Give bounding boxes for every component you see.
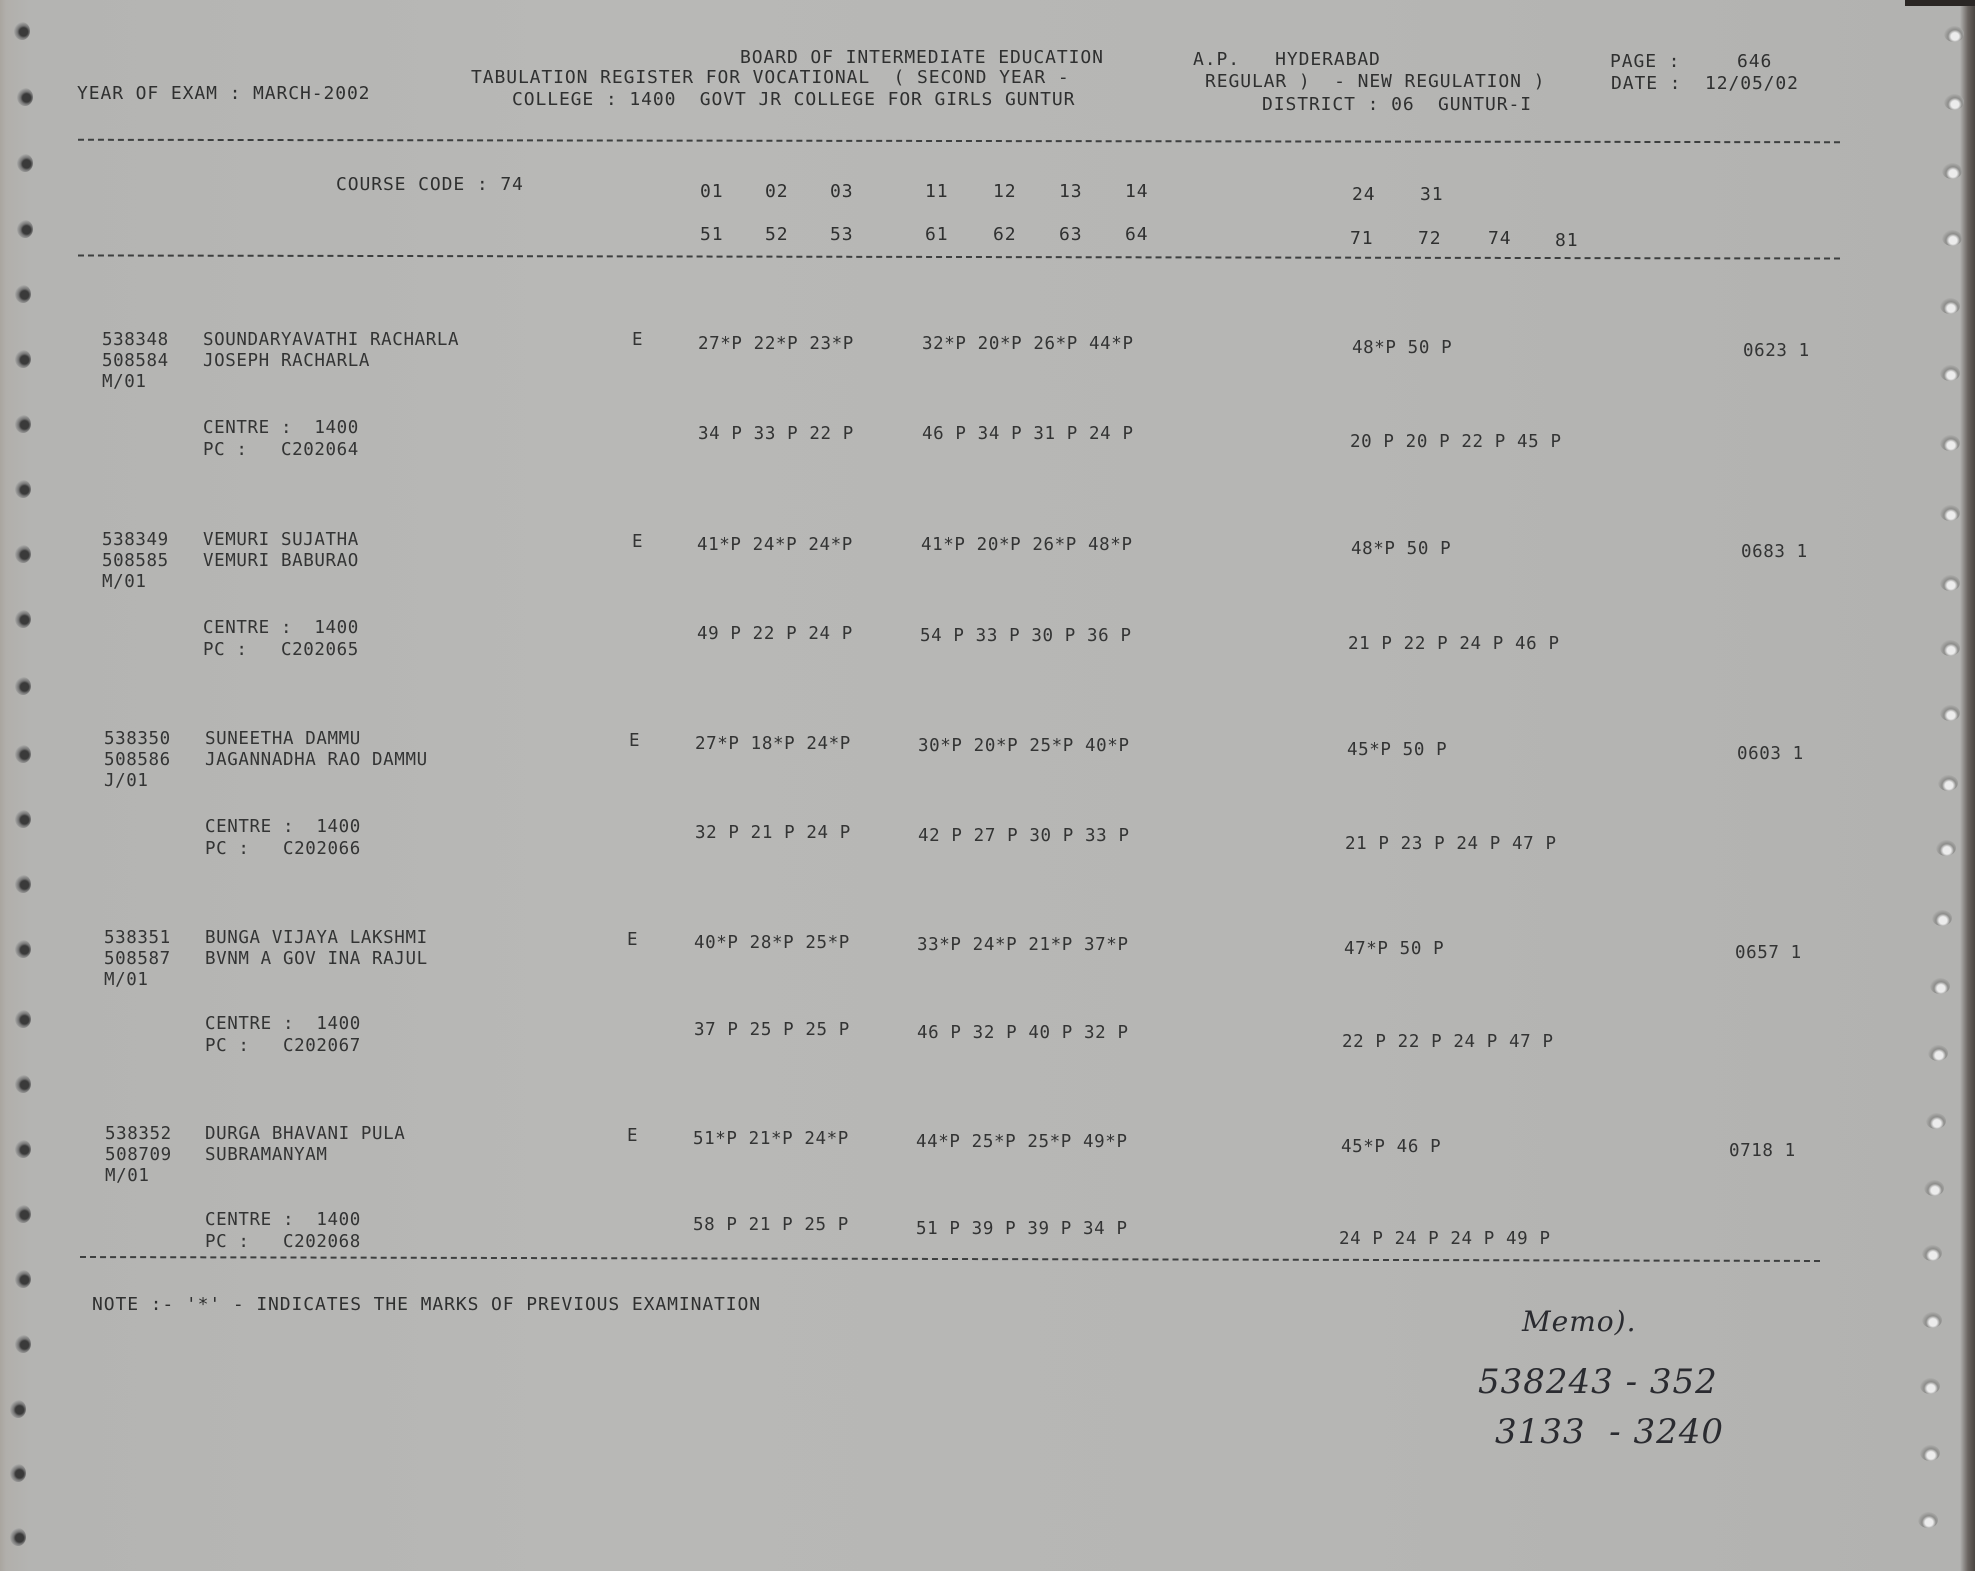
medium: E: [629, 731, 640, 751]
year-of-exam: YEAR OF EXAM : MARCH-2002: [77, 84, 370, 104]
year2-marks-group2: 46 P 34 P 31 P 24 P: [922, 424, 1134, 444]
year2-marks-group2: 51 P 39 P 39 P 34 P: [916, 1219, 1128, 1239]
student-record: 538348 SOUNDARYAVATHI RACHARLA 508584 JO…: [0, 330, 1975, 520]
year2-marks-group1: 34 P 33 P 22 P: [698, 424, 854, 444]
year2-marks-group2: 54 P 33 P 30 P 36 P: [920, 626, 1132, 646]
punch-hole: [1920, 1445, 1940, 1461]
category: M/01: [105, 1166, 150, 1186]
registration-number: 508584: [102, 351, 169, 371]
punch-hole: [17, 154, 33, 172]
father-name: BVNM A GOV INA RAJUL: [205, 949, 428, 969]
year2-marks-group1: 49 P 22 P 24 P: [697, 624, 853, 644]
subject-code: 81: [1555, 231, 1578, 251]
category: M/01: [104, 970, 149, 990]
pc-code: PC : C202068: [205, 1232, 361, 1252]
punch-hole: [15, 1335, 31, 1353]
year2-marks-group3: 24 P 24 P 24 P 49 P: [1339, 1229, 1551, 1249]
divider-top: [78, 139, 1840, 143]
father-name: JOSEPH RACHARLA: [203, 351, 370, 371]
student-record: 538351 BUNGA VIJAYA LAKSHMI 508587 BVNM …: [0, 928, 1975, 1118]
punch-hole: [17, 220, 33, 238]
year1-marks-group2: 41*P 20*P 26*P 48*P: [921, 535, 1133, 555]
footer-note: NOTE :- '*' - INDICATES THE MARKS OF PRE…: [92, 1295, 761, 1315]
year1-marks-group1: 51*P 21*P 24*P: [693, 1129, 849, 1149]
year2-marks-group3: 20 P 20 P 22 P 45 P: [1350, 432, 1562, 452]
year1-marks-group2: 30*P 20*P 25*P 40*P: [918, 736, 1130, 756]
student-name: DURGA BHAVANI PULA: [205, 1124, 405, 1144]
page-number: 646: [1737, 52, 1772, 72]
year1-marks-group3: 47*P 50 P: [1344, 939, 1444, 959]
total-marks: 0603 1: [1737, 744, 1804, 764]
roll-number: 538350: [104, 729, 171, 749]
subject-code: 71: [1350, 229, 1373, 249]
father-name: SUBRAMANYAM: [205, 1145, 328, 1165]
centre: CENTRE : 1400: [203, 618, 359, 638]
register-title: TABULATION REGISTER FOR VOCATIONAL ( SEC…: [471, 68, 1070, 88]
subject-code: 31: [1420, 185, 1443, 205]
year1-marks-group1: 27*P 18*P 24*P: [695, 734, 851, 754]
subject-code: 62: [993, 225, 1016, 245]
punch-hole: [15, 285, 31, 303]
year2-marks-group3: 21 P 23 P 24 P 47 P: [1345, 834, 1557, 854]
year1-marks-group1: 41*P 24*P 24*P: [697, 535, 853, 555]
centre: CENTRE : 1400: [205, 1210, 361, 1230]
subject-code: 12: [993, 182, 1016, 202]
date-label: DATE :: [1611, 74, 1681, 94]
medium: E: [627, 1126, 638, 1146]
roll-number: 538352: [105, 1124, 172, 1144]
subject-code: 14: [1125, 182, 1148, 202]
subject-code: 51: [700, 225, 723, 245]
year2-marks-group1: 37 P 25 P 25 P: [694, 1020, 850, 1040]
registration-number: 508709: [105, 1145, 172, 1165]
subject-code: 24: [1352, 185, 1375, 205]
father-name: VEMURI BABURAO: [203, 551, 359, 571]
pc-code: PC : C202064: [203, 440, 359, 460]
year1-marks-group2: 44*P 25*P 25*P 49*P: [916, 1132, 1128, 1152]
year1-marks-group3: 45*P 50 P: [1347, 740, 1447, 760]
subject-code: 53: [830, 225, 853, 245]
photo-edge-strip: [1905, 0, 1975, 6]
punch-hole: [1942, 163, 1962, 179]
year1-marks-group3: 45*P 46 P: [1341, 1137, 1441, 1157]
year1-marks-group2: 32*P 20*P 26*P 44*P: [922, 334, 1134, 354]
roll-number: 538351: [104, 928, 171, 948]
year1-marks-group2: 33*P 24*P 21*P 37*P: [917, 935, 1129, 955]
total-marks: 0657 1: [1735, 943, 1802, 963]
year2-marks-group2: 46 P 32 P 40 P 32 P: [917, 1023, 1129, 1043]
student-name: VEMURI SUJATHA: [203, 530, 359, 550]
pc-code: PC : C202065: [203, 640, 359, 660]
year2-marks-group3: 21 P 22 P 24 P 46 P: [1348, 634, 1560, 654]
board-name: BOARD OF INTERMEDIATE EDUCATION: [740, 48, 1104, 68]
punch-hole: [10, 1528, 26, 1546]
medium: E: [632, 532, 643, 552]
regulation: REGULAR ) - NEW REGULATION ): [1205, 72, 1545, 92]
centre: CENTRE : 1400: [203, 418, 359, 438]
registration-number: 508585: [102, 551, 169, 571]
category: J/01: [104, 771, 149, 791]
subject-code: 02: [765, 182, 788, 202]
registration-number: 508586: [104, 750, 171, 770]
student-name: SUNEETHA DAMMU: [205, 729, 361, 749]
punch-hole: [1922, 1312, 1942, 1328]
punch-hole: [1942, 230, 1962, 246]
punch-hole: [14, 22, 30, 40]
year1-marks-group3: 48*P 50 P: [1352, 338, 1452, 358]
medium: E: [632, 330, 643, 350]
punch-hole: [17, 88, 33, 106]
medium: E: [627, 930, 638, 950]
centre: CENTRE : 1400: [205, 817, 361, 837]
year2-marks-group1: 58 P 21 P 25 P: [693, 1215, 849, 1235]
punch-hole: [1944, 94, 1964, 110]
roll-number: 538349: [102, 530, 169, 550]
college: COLLEGE : 1400 GOVT JR COLLEGE FOR GIRLS…: [512, 90, 1075, 110]
divider-header: [78, 254, 1840, 259]
student-name: BUNGA VIJAYA LAKSHMI: [205, 928, 428, 948]
subject-code: 72: [1418, 229, 1441, 249]
handwritten-number-range: 3133 - 3240: [1495, 1412, 1724, 1452]
student-record: 538352 DURGA BHAVANI PULA 508709 SUBRAMA…: [0, 1124, 1975, 1314]
pc-code: PC : C202067: [205, 1036, 361, 1056]
subject-code: 01: [700, 182, 723, 202]
district: DISTRICT : 06 GUNTUR-I: [1262, 95, 1532, 115]
total-marks: 0623 1: [1743, 341, 1810, 361]
subject-code: 13: [1059, 182, 1082, 202]
date: 12/05/02: [1705, 74, 1799, 94]
pc-code: PC : C202066: [205, 839, 361, 859]
subject-code: 61: [925, 225, 948, 245]
subject-code: 64: [1125, 225, 1148, 245]
year1-marks-group1: 27*P 22*P 23*P: [698, 334, 854, 354]
punch-hole: [1940, 298, 1960, 314]
student-record: 538349 VEMURI SUJATHA 508585 VEMURI BABU…: [0, 530, 1975, 720]
page-label: PAGE :: [1610, 52, 1680, 72]
roll-number: 538348: [102, 330, 169, 350]
centre: CENTRE : 1400: [205, 1014, 361, 1034]
subject-code: 11: [925, 182, 948, 202]
punch-hole: [1944, 26, 1964, 42]
punch-hole: [1920, 1378, 1940, 1394]
year2-marks-group1: 32 P 21 P 24 P: [695, 823, 851, 843]
subject-code: 74: [1488, 229, 1511, 249]
category: M/01: [102, 372, 147, 392]
father-name: JAGANNADHA RAO DAMMU: [205, 750, 428, 770]
student-name: SOUNDARYAVATHI RACHARLA: [203, 330, 459, 350]
punch-hole: [10, 1400, 26, 1418]
total-marks: 0683 1: [1741, 542, 1808, 562]
year2-marks-group2: 42 P 27 P 30 P 33 P: [918, 826, 1130, 846]
subject-code: 52: [765, 225, 788, 245]
handwritten-roll-range: 538243 - 352: [1478, 1362, 1718, 1402]
registration-number: 508587: [104, 949, 171, 969]
punch-hole: [1918, 1512, 1938, 1528]
category: M/01: [102, 572, 147, 592]
year1-marks-group3: 48*P 50 P: [1351, 539, 1451, 559]
subject-code: 03: [830, 182, 853, 202]
total-marks: 0718 1: [1729, 1141, 1796, 1161]
board-location: A.P. HYDERABAD: [1193, 50, 1381, 70]
course-code: COURSE CODE : 74: [336, 175, 524, 195]
subject-code: 63: [1059, 225, 1082, 245]
student-record: 538350 SUNEETHA DAMMU 508586 JAGANNADHA …: [0, 729, 1975, 919]
handwritten-memo: Memo).: [1522, 1305, 1636, 1338]
year1-marks-group1: 40*P 28*P 25*P: [694, 933, 850, 953]
punch-hole: [10, 1464, 26, 1482]
year2-marks-group3: 22 P 22 P 24 P 47 P: [1342, 1032, 1554, 1052]
